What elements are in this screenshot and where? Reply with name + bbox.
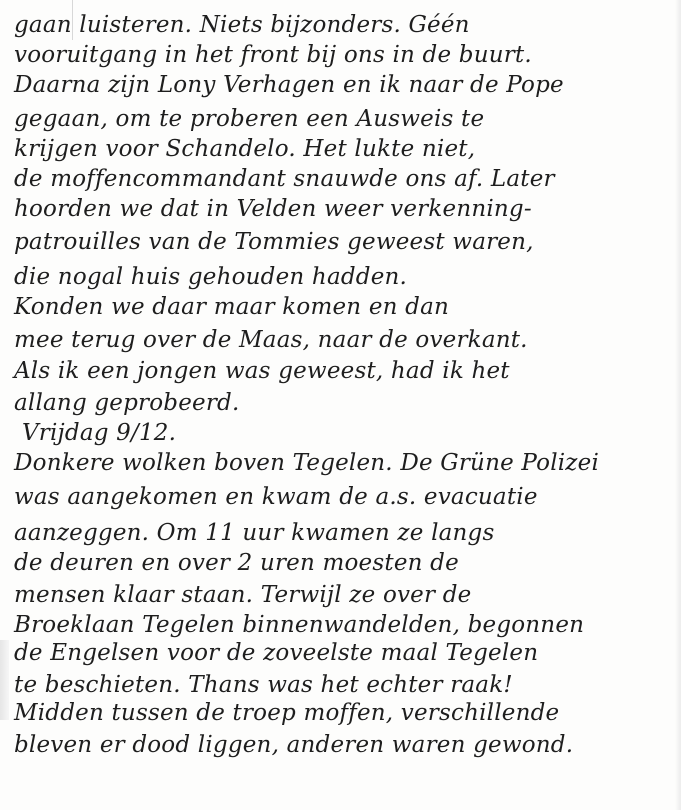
text-line: gegaan, om te proberen een Ausweis te: [14, 108, 484, 131]
text-line: gaan luisteren. Niets bijzonders. Géén: [14, 14, 470, 37]
text-line: de deuren en over 2 uren moesten de: [14, 552, 459, 575]
text-line: vooruitgang in het front bij ons in de b…: [14, 44, 532, 67]
text-line: Donkere wolken boven Tegelen. De Grüne P…: [14, 452, 599, 475]
text-line: Midden tussen de troep moffen, verschill…: [14, 702, 559, 725]
text-line: mensen klaar staan. Terwijl ze over de: [14, 584, 471, 607]
text-line: de Engelsen voor de zoveelste maal Tegel…: [14, 642, 538, 665]
text-line: was aangekomen en kwam de a.s. evacuatie: [14, 486, 538, 509]
text-line: Daarna zijn Lony Verhagen en ik naar de …: [14, 74, 564, 97]
page-edge-right: [675, 0, 681, 810]
text-line: patrouilles van de Tommies geweest waren…: [14, 231, 534, 254]
text-line: allang geprobeerd.: [14, 392, 239, 415]
text-line: Broeklaan Tegelen binnenwandelden, begon…: [14, 614, 584, 637]
text-line: te beschieten. Thans was het echter raak…: [14, 674, 513, 697]
text-line: de moffencommandant snauwde ons af. Late…: [14, 168, 555, 191]
page-edge-shadow: [0, 640, 9, 720]
text-line: aanzeggen. Om 11 uur kwamen ze langs: [14, 522, 494, 545]
text-line: hoorden we dat in Velden weer verkenning…: [14, 198, 532, 221]
text-line: krijgen voor Schandelo. Het lukte niet,: [14, 138, 475, 161]
text-line: mee terug over de Maas, naar de overkant…: [14, 329, 528, 352]
text-line: die nogal huis gehouden hadden.: [14, 266, 407, 289]
handwritten-page: gaan luisteren. Niets bijzonders. Géén v…: [0, 0, 681, 810]
text-line: Konden we daar maar komen en dan: [14, 296, 449, 319]
diary-date: Vrijdag 9/12.: [22, 422, 176, 445]
text-line: bleven er dood liggen, anderen waren gew…: [14, 734, 573, 757]
text-line: Als ik een jongen was geweest, had ik he…: [14, 360, 510, 383]
